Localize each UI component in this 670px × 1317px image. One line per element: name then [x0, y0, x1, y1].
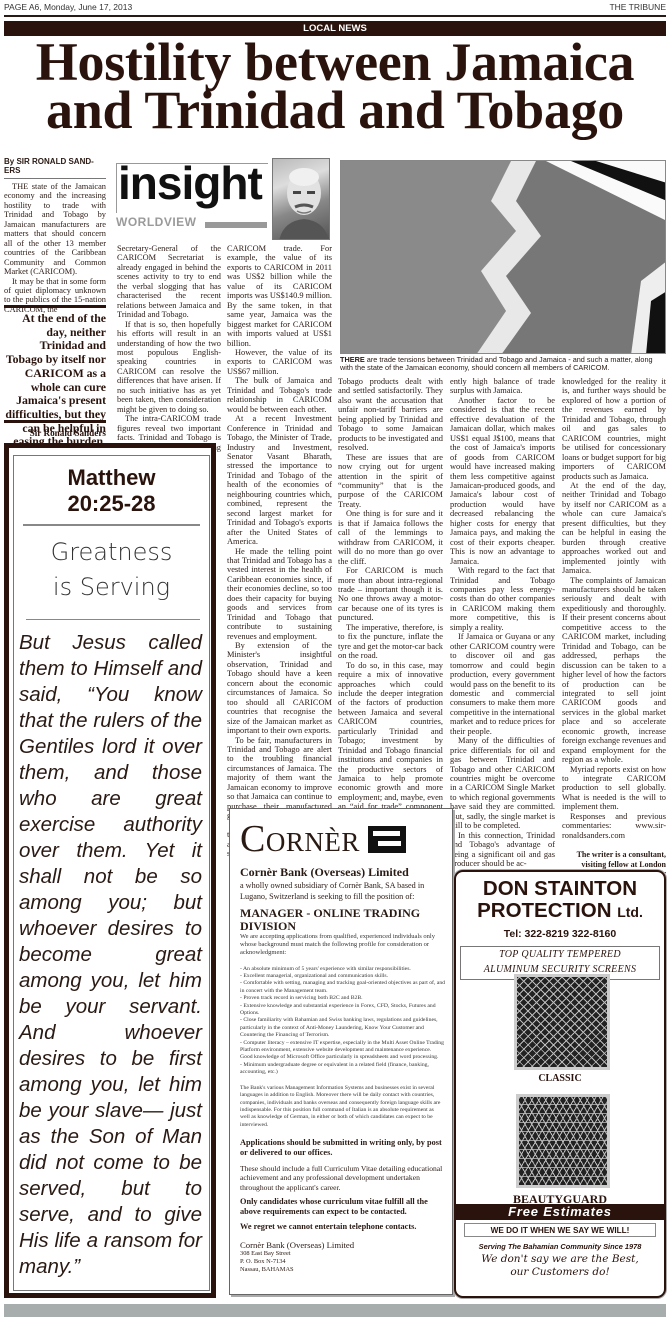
author-portrait: [272, 158, 330, 240]
paragraph: knowledged for the reality it is, and fu…: [562, 377, 666, 481]
paragraph: One thing is for sure and it is that if …: [338, 509, 443, 566]
requirement-item: - Comfortable with setting, managing and…: [240, 980, 445, 995]
photo-caption: THERE are trade tensions between Trinida…: [340, 356, 666, 373]
pullquote-author: Sir Ronald Sanders: [4, 428, 106, 438]
paragraph: The complaints of Jamaican manufacturers…: [562, 576, 666, 765]
article-column-4: Tobago products dealt with and settled s…: [338, 377, 443, 831]
article-photo: [340, 160, 666, 354]
don-ad-phone: Tel: 322-8219 322-8160: [454, 928, 666, 940]
address-line: Nassau, BAHAMAS: [240, 1266, 445, 1274]
article-column-6: knowledged for the reality it is, and fu…: [562, 377, 666, 888]
free-estimates-banner: Free Estimates: [456, 1204, 664, 1220]
verse-subtitle: Greatness is Serving: [13, 535, 210, 605]
paragraph: Secretary-General of the CARICOM Secreta…: [117, 244, 221, 320]
classic-screen-image-icon: [514, 974, 610, 1070]
paragraph: In this connection, Trinidad and Tobago'…: [450, 831, 555, 869]
article-column-1: THE state of the Jamaican economy and th…: [4, 182, 106, 314]
paragraph: ently high balance of trade surplus with…: [450, 377, 555, 396]
ad-apply: Applications should be submitted in writ…: [240, 1138, 445, 1158]
requirement-item: - Extensive knowledge and substantial ex…: [240, 1003, 445, 1018]
ad-accepting: We are accepting applications from quali…: [240, 933, 445, 958]
paragraph: At the end of the day, neither Trinidad …: [562, 481, 666, 576]
person-photo-icon: [273, 159, 330, 240]
paragraph: It may be that in some form of quiet dip…: [4, 277, 106, 315]
paragraph: THE state of the Jamaican economy and th…: [4, 182, 106, 277]
headline-line-2: and Trinidad and Tobago: [46, 80, 624, 140]
paragraph: With regard to the fact that Trinidad an…: [450, 566, 555, 632]
corner-logo: Cornèr: [240, 819, 445, 859]
flags-tear-image-icon: [341, 161, 666, 354]
paragraph: If Jamaica or Guyana or any other CARICO…: [450, 632, 555, 736]
paragraph: Tobago products dealt with and settled s…: [338, 377, 443, 453]
caption-text: are trade tensions between Trinidad and …: [340, 355, 653, 372]
verse-subtitle-line-1: Greatness: [51, 538, 173, 566]
address-line: 308 East Bay Street: [240, 1250, 445, 1258]
don-ad-title-line-2: PROTECTION: [477, 899, 611, 922]
pullquote-rule-top: [4, 305, 106, 308]
paragraph: CARICOM trade. For example, the value of…: [227, 244, 332, 348]
requirement-item: - Proven track record in servicing both …: [240, 995, 445, 1002]
publication-name: THE TRIBUNE: [609, 2, 666, 16]
ad-address-title: Cornèr Bank (Overseas) Limited: [240, 1240, 445, 1250]
byline: By SIR RONALD SAND-ERS: [4, 157, 108, 175]
page-header: PAGE A6, Monday, June 17, 2013 THE TRIBU…: [4, 2, 666, 16]
ad-requirements: - An absolute minimum of 5 years' experi…: [240, 966, 445, 1077]
paragraph: For CARICOM is much more than about intr…: [338, 566, 443, 623]
paragraph: However, the value of its exports to CAR…: [227, 348, 332, 376]
requirement-item: - Computer literacy – extensive IT exper…: [240, 1040, 445, 1062]
paragraph: Another factor to be considered is that …: [450, 396, 555, 566]
ad-only: Only candidates whose curriculum vitae f…: [240, 1197, 445, 1217]
paragraph: He made the telling point that Trinidad …: [227, 547, 332, 642]
don-ad-title-line-1: DON STAINTON: [483, 877, 637, 900]
column-logo-bar: [205, 222, 267, 228]
promise-box: WE DO IT WHEN WE SAY WE WILL!: [464, 1223, 656, 1237]
slogan-line-1: We don't say we are the Best,: [481, 1253, 638, 1265]
ad-cv: These should include a full Curriculum V…: [240, 1164, 445, 1193]
paragraph: Myriad reports exist on how to integrate…: [562, 765, 666, 812]
address-line: P. O. Box N-7134: [240, 1258, 445, 1266]
paragraph: Many of the difficulties of price differ…: [450, 736, 555, 831]
verse-reference-book: Matthew: [68, 465, 156, 490]
verse-reference-chapter: 20:25-28: [67, 491, 155, 516]
verse-reference: Matthew 20:25-28: [13, 465, 210, 517]
page-footer-bar: [4, 1304, 666, 1317]
verse-rule-top: [23, 524, 200, 526]
beautyguard-screen-image-icon: [516, 1094, 610, 1188]
article-column-3: CARICOM trade. For example, the value of…: [227, 244, 332, 858]
ad-address: 308 East Bay Street P. O. Box N-7134 Nas…: [240, 1250, 445, 1275]
header-rule: [4, 15, 666, 17]
requirement-item: - Close familiarity with Bahamian and Sw…: [240, 1017, 445, 1039]
paragraph: To do so, in this case, may require a mi…: [338, 661, 443, 831]
ad-regret: We regret we cannot entertain telephone …: [240, 1222, 445, 1232]
requirement-item: - An absolute minimum of 5 years' experi…: [240, 966, 445, 973]
tagline-line-1: TOP QUALITY TEMPERED: [499, 949, 621, 960]
ad-company: Cornèr Bank (Overseas) Limited: [240, 865, 445, 880]
verse-rule-bottom: [26, 619, 200, 620]
ad-languages: The Bank's various Management Informatio…: [240, 1085, 445, 1129]
serving-since: Serving The Bahamian Community Since 197…: [454, 1242, 666, 1251]
paragraph: The bulk of Jamaica and Trinidad and Tob…: [227, 376, 332, 414]
verse-subtitle-line-2: is Serving: [53, 573, 170, 601]
corner-logo-word: Cornèr: [240, 819, 360, 859]
paragraph: At a recent Investment Conference in Tri…: [227, 414, 332, 546]
slogan-line-2: our Customers do!: [510, 1266, 609, 1278]
ad-position: MANAGER - ONLINE TRADING DIVISION: [240, 907, 445, 933]
paragraph: If that is so, then hopefully his effort…: [117, 320, 221, 415]
don-ad-ltd: Ltd.: [617, 904, 643, 920]
article-column-2: Secretary-General of the CARICOM Secreta…: [117, 244, 221, 461]
corner-bank-ad: Cornèr Cornèr Bank (Overseas) Limited a …: [229, 808, 453, 1295]
verse-text: But Jesus called them to Himself and sai…: [19, 630, 202, 1280]
requirement-item: - Minimum undergraduate degree or equiva…: [240, 1062, 445, 1077]
product-label-classic: CLASSIC: [454, 1073, 666, 1084]
page-info: PAGE A6, Monday, June 17, 2013: [4, 2, 132, 16]
corner-logo-mark-icon: [368, 826, 406, 853]
pullquote-rule-bottom: [4, 420, 106, 423]
paragraph: These are issues that are now crying out…: [338, 453, 443, 510]
column-logo-subtitle: WORLDVIEW: [116, 215, 197, 229]
column-logo-word: insight: [118, 158, 262, 208]
headline: Hostility between Jamaica and Trinidad a…: [0, 38, 670, 134]
ad-intro: a wholly owned subsidiary of Cornèr Bank…: [240, 880, 445, 902]
article-column-5: ently high balance of trade surplus with…: [450, 377, 555, 869]
don-ad-slogan: We don't say we are the Best, our Custom…: [454, 1253, 666, 1279]
don-ad-title: DON STAINTON PROTECTION Ltd.: [454, 878, 666, 923]
paragraph: By extension of the Minister's insightfu…: [227, 641, 332, 736]
byline-rule: [4, 178, 106, 179]
paragraph: Responses and previous commentaries: www…: [562, 812, 666, 840]
paragraph: The imperative, therefore, is to fix the…: [338, 623, 443, 661]
